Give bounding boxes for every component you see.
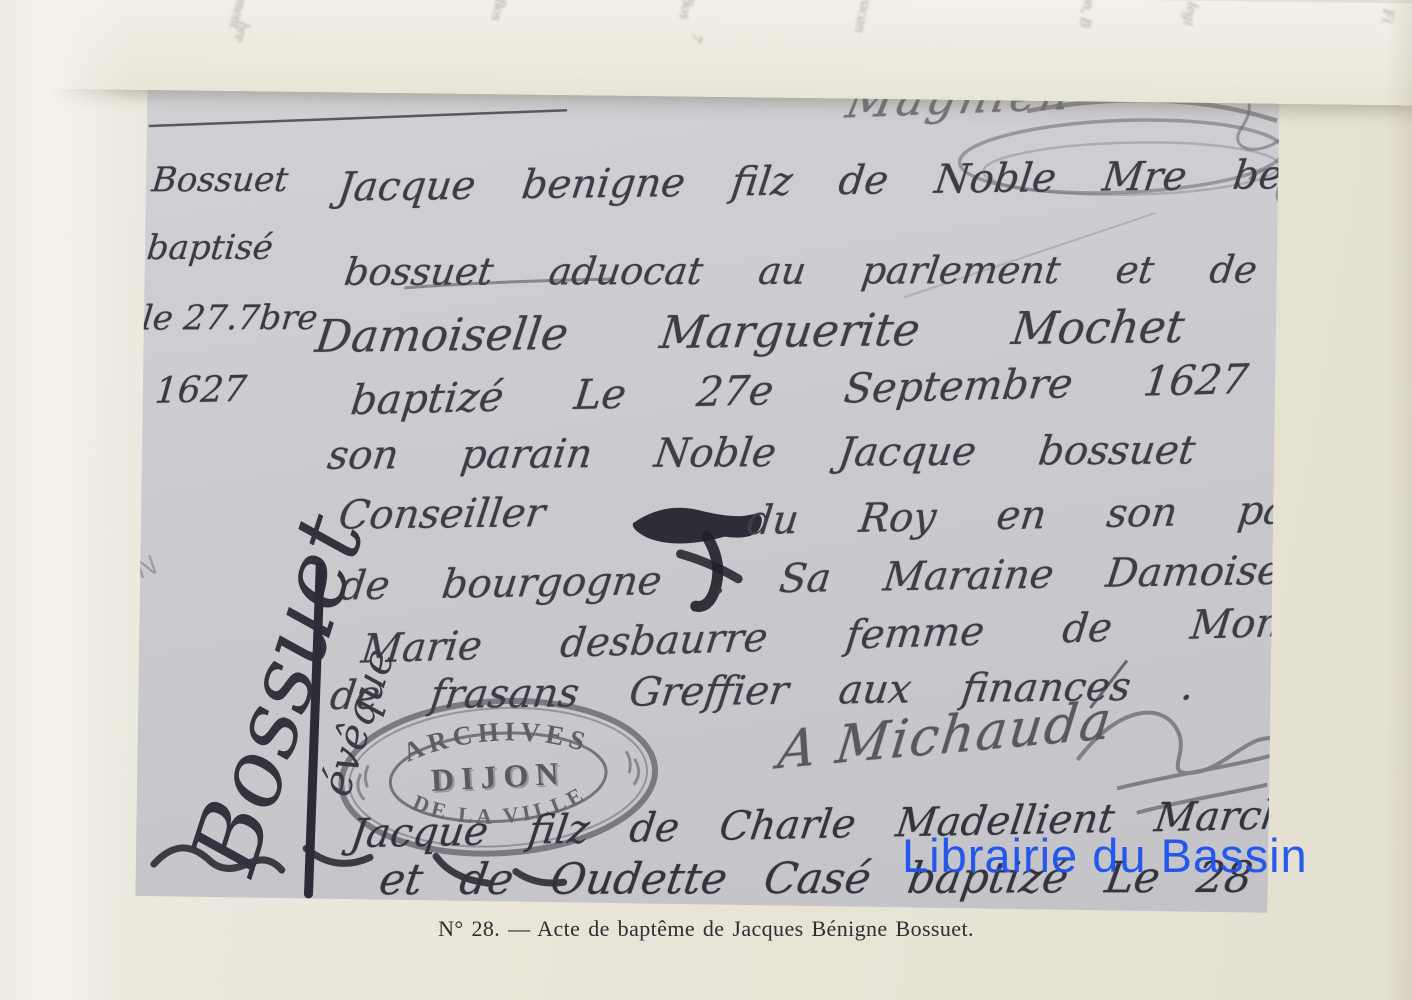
edge-letter: N: [135, 549, 161, 586]
showthrough-text: Bos: [675, 0, 697, 21]
showthrough-text: 7: [686, 32, 705, 43]
manuscript-photo: ARCHIVES DE LA VILLE DIJON DIJON Bossuet…: [135, 46, 1279, 913]
plate-caption: N° 28. — Acte de baptême de Jacques Béni…: [0, 916, 1412, 942]
manuscript-line: du Roy en son parlement: [745, 487, 1280, 541]
showthrough-text: on, B: [1075, 0, 1099, 29]
page-curl-top: s gnement bre Bos Bos 7 vacan on, B legi…: [0, 0, 1412, 106]
stamp-text-center: DIJON: [430, 755, 566, 798]
showthrough-text: Bos: [486, 0, 509, 23]
manuscript-line: baptizé Le 27e Septembre 1627: [349, 359, 1251, 421]
margin-note-line: Bossuet: [150, 163, 290, 197]
showthrough-text: vacan: [850, 0, 876, 34]
margin-note-line: 1627: [153, 372, 248, 410]
manuscript-line: Marie desbaurre femme de Monsieur: [359, 600, 1280, 670]
page-edge-shading: [1386, 0, 1412, 1000]
margin-note-line: baptisé: [145, 231, 274, 265]
manuscript-line: bossuet aduocat au parlement et de: [342, 251, 1259, 291]
manuscript-line: son parain Noble Jacque bossuet: [325, 430, 1197, 475]
margin-note-line: le 27.7bre: [140, 301, 319, 335]
manuscript-line: de bourgogne . Sa Maraine Damoiselle: [338, 550, 1280, 607]
book-photo-page: ARCHIVES DE LA VILLE DIJON DIJON Bossuet…: [0, 0, 1412, 1000]
showthrough-text: legi: [1178, 0, 1201, 27]
manuscript-line: Jacque benigne filz de Noble Mre benigne: [336, 154, 1280, 208]
bookseller-watermark: Librairie du Bassin: [902, 828, 1308, 883]
manuscript-line: Damoiselle Marguerite Mochet: [313, 304, 1187, 359]
page-curl-left: [0, 0, 132, 1000]
showthrough-text: bre: [229, 20, 252, 45]
